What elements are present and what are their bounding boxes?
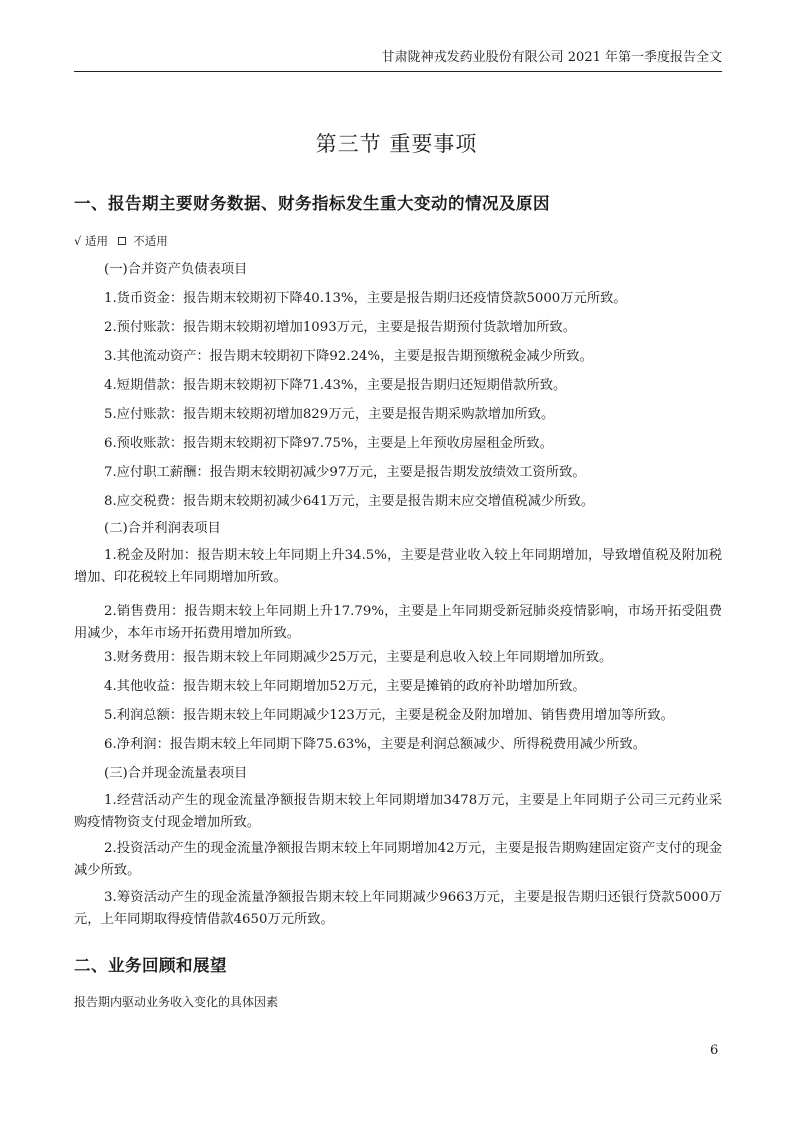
list-item: 4.短期借款：报告期末较期初下降71.43%，主要是报告期归还短期借款所致。 [104, 375, 566, 397]
list-item: 2.预付账款：报告期末较期初增加1093万元，主要是报告期预付货款增加所致。 [104, 317, 576, 339]
list-item: 5.应付账款：报告期末较期初增加829万元，主要是报告期采购款增加所致。 [104, 404, 554, 426]
subheading-balance-sheet: (一)合并资产负债表项目 [104, 259, 247, 281]
list-item: 6.净利润：报告期末较上年同期下降75.63%，主要是利润总额减少、所得税费用减… [104, 734, 646, 756]
not-applicable-label: 不适用 [133, 234, 168, 248]
list-item: 6.预收账款：报告期末较期初下降97.75%，主要是上年预收房屋租金所致。 [104, 433, 553, 455]
list-item: 1.税金及附加：报告期末较上年同期上升34.5%，主要是营业收入较上年同期增加，… [74, 545, 722, 589]
section-title: 第三节 重要事项 [0, 128, 793, 158]
empty-checkbox-icon [118, 237, 126, 245]
running-header: 甘肃陇神戎发药业股份有限公司 2021 年第一季度报告全文 [74, 50, 722, 72]
list-item: 3.财务费用：报告期末较上年同期减少25万元，主要是利息收入较上年同期增加所致。 [104, 647, 612, 669]
subheading-income-statement: (二)合并利润表项目 [104, 518, 221, 540]
applicability-selector: √ 适用 不适用 [74, 233, 168, 249]
list-item: 1.经营活动产生的现金流量净额报告期末较上年同期增加3478万元，主要是上年同期… [74, 790, 722, 834]
page-number: 6 [710, 1043, 718, 1058]
heading-part2: 二、业务回顾和展望 [74, 952, 227, 976]
list-item: 5.利润总额：报告期末较上年同期减少123万元，主要是税金及附加增加、销售费用增… [104, 705, 674, 727]
list-item: 8.应交税费：报告期末较期初减少641万元，主要是报告期末应交增值税减少所致。 [104, 491, 594, 513]
list-item: 2.投资活动产生的现金流量净额报告期末较上年同期增加42万元，主要是报告期购建固… [74, 838, 722, 882]
heading-part1: 一、报告期主要财务数据、财务指标发生重大变动的情况及原因 [74, 190, 550, 214]
list-item: 1.货币资金：报告期末较期初下降40.13%，主要是报告期归还疫情贷款5000万… [104, 288, 627, 310]
list-item: 2.销售费用：报告期末较上年同期上升17.79%，主要是上年同期受新冠肺炎疫情影… [74, 601, 722, 645]
list-item: 4.其他收益：报告期末较上年同期增加52万元，主要是摊销的政府补助增加所致。 [104, 676, 586, 698]
list-item: 3.筹资活动产生的现金流量净额报告期末较上年同期减少9663万元，主要是报告期归… [74, 887, 722, 931]
applicable-label: 适用 [85, 234, 108, 248]
subheading-cash-flow: (三)合并现金流量表项目 [104, 763, 247, 785]
list-item: 3.其他流动资产：报告期末较期初下降92.24%，主要是报告期预缴税金减少所致。 [104, 346, 593, 368]
checkmark-icon: √ [74, 234, 81, 248]
part2-subtext: 报告期内驱动业务收入变化的具体因素 [74, 993, 278, 1010]
list-item: 7.应付职工薪酬：报告期末较期初减少97万元，主要是报告期发放绩效工资所致。 [104, 462, 586, 484]
